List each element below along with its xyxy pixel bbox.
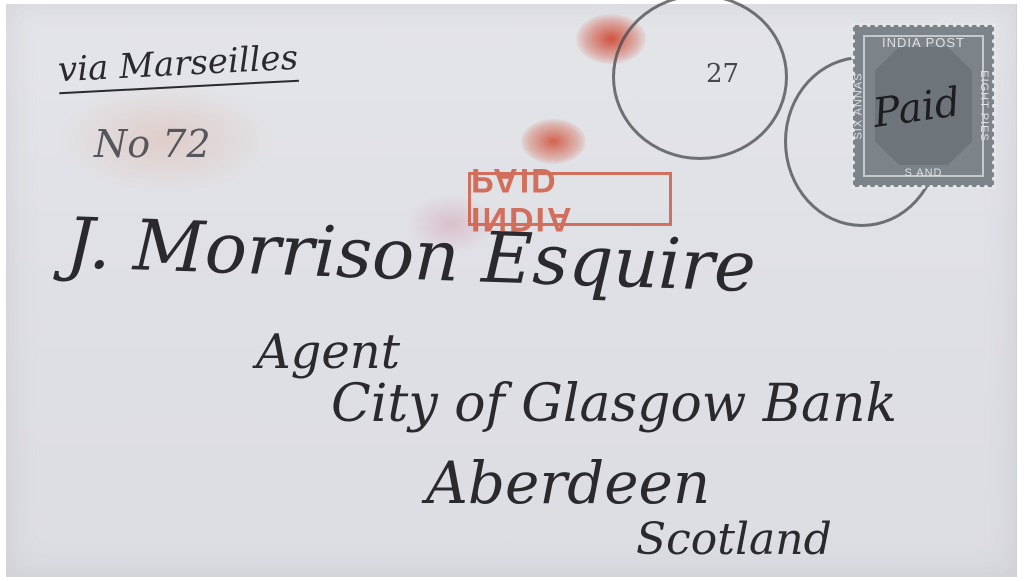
address-line-country: Scotland	[636, 514, 832, 565]
stamp-top-text: INDIA POST	[853, 35, 994, 50]
india-paid-handstamp: INDIA PAID	[468, 172, 672, 226]
address-line-agent: Agent	[256, 324, 400, 380]
reference-number: No 72	[94, 122, 211, 166]
postage-stamp: INDIA POST S AND SIX ANNAS EIGHT PIES Pa…	[853, 25, 994, 187]
red-smudge	[521, 119, 586, 164]
datestamp-circle	[612, 0, 788, 160]
address-line-bank: City of Glasgow Bank	[331, 374, 897, 434]
stamp-bottom-text: S AND	[853, 167, 994, 179]
routing-note: via Marseilles	[57, 38, 299, 95]
stamp-right-text: EIGHT PIES	[978, 70, 990, 142]
address-line-city: Aberdeen	[426, 449, 710, 517]
datestamp-day: 27	[706, 59, 739, 89]
stamp-left-text: SIX ANNAS	[853, 72, 865, 139]
